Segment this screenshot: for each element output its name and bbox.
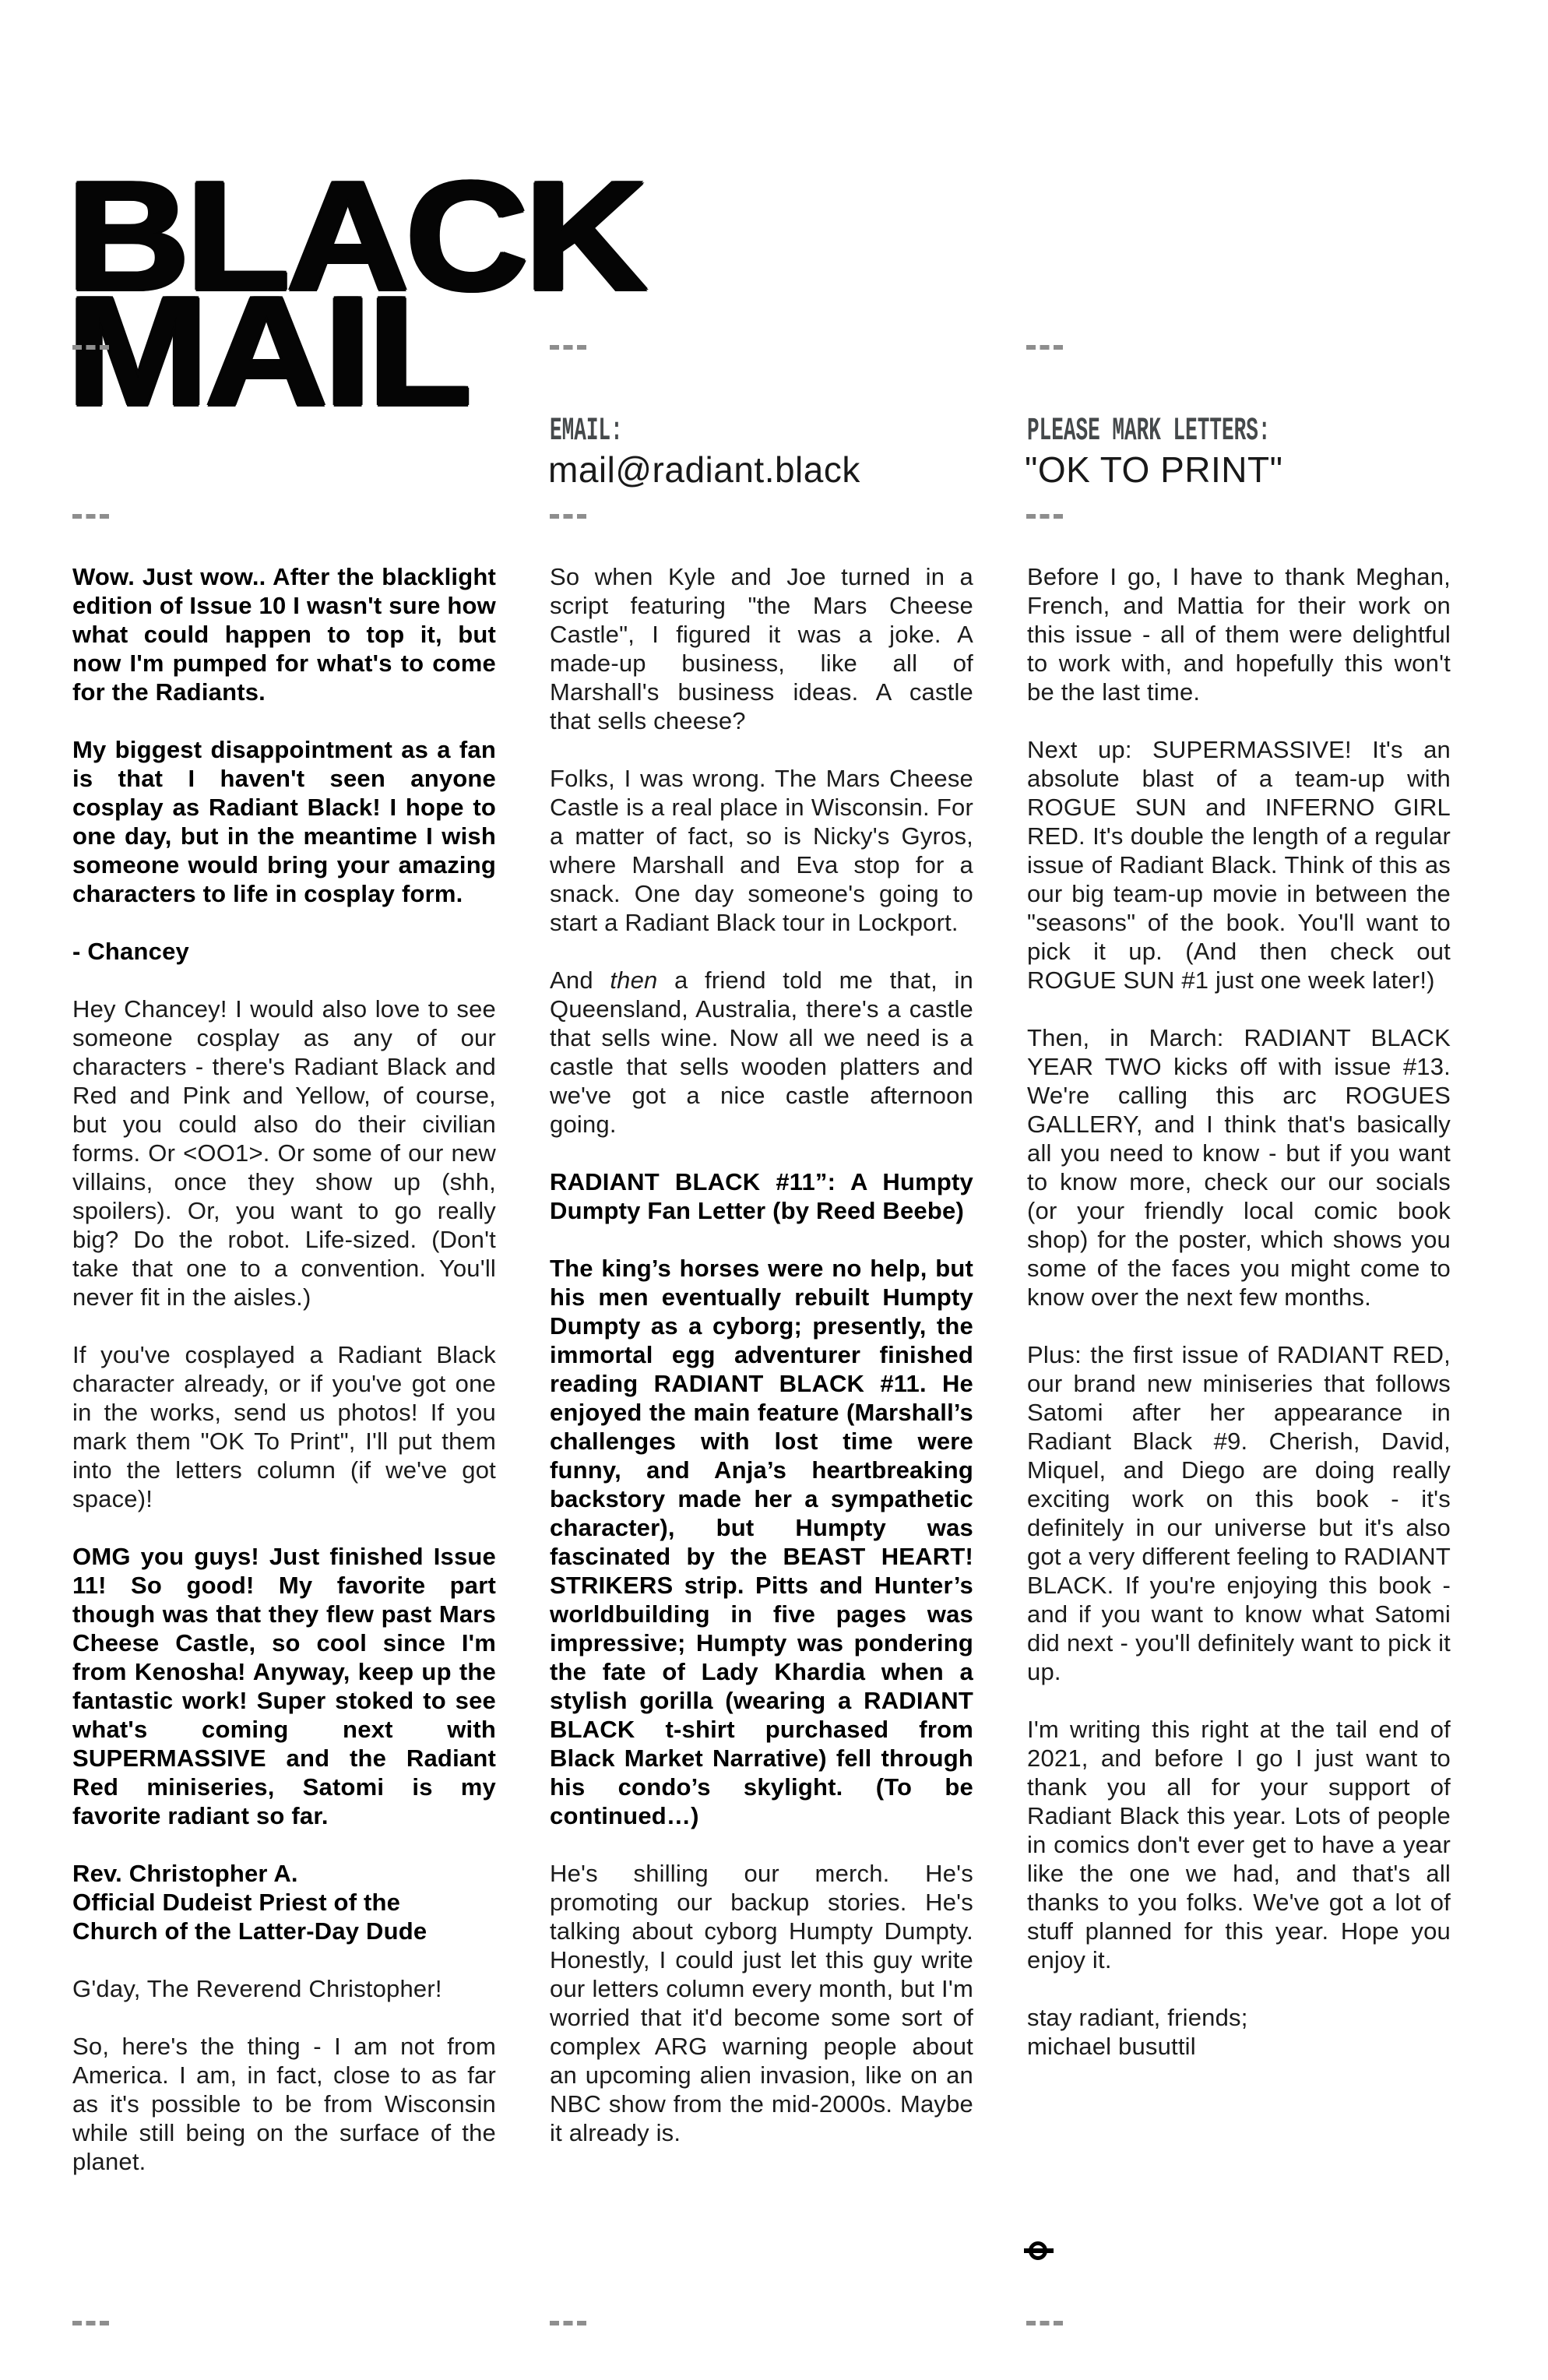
dash-separator [72, 2321, 109, 2325]
mark-letters-label: PLEASE MARK LETTERS: [1027, 414, 1271, 447]
email-address: mail@radiant.black [548, 449, 860, 491]
letter-paragraph: Then, in March: RADIANT BLACK YEAR TWO k… [1027, 1023, 1451, 1311]
letter-paragraph: Hey Chancey! I would also love to see so… [72, 995, 496, 1311]
letter-paragraph: Rev. Christopher A. Official Dudeist Pri… [72, 1859, 496, 1945]
letter-paragraph: So, here's the thing - I am not from Ame… [72, 2032, 496, 2176]
ok-to-print-note: "OK TO PRINT" [1025, 449, 1282, 491]
letter-paragraph: - Chancey [72, 937, 496, 966]
letter-paragraph: Plus: the first issue of RADIANT RED, ou… [1027, 1340, 1451, 1686]
letter-paragraph: If you've cosplayed a Radiant Black char… [72, 1340, 496, 1513]
dash-separator [1026, 345, 1063, 350]
letter-paragraph: Folks, I was wrong. The Mars Cheese Cast… [550, 764, 973, 937]
letter-paragraph: Wow. Just wow.. After the blacklight edi… [72, 562, 496, 706]
letters-page: BLACK MAIL EMAIL: mail@radiant.black PLE… [0, 0, 1548, 2380]
letter-paragraph: The king’s horses were no help, but his … [550, 1254, 973, 1830]
letter-paragraph: OMG you guys! Just finished Issue 11! So… [72, 1542, 496, 1830]
dash-separator [550, 514, 586, 519]
dash-separator [550, 345, 586, 350]
dash-separator [1026, 2321, 1063, 2325]
radiant-roundel-icon [1024, 2241, 1054, 2260]
letter-column-3: Before I go, I have to thank Meghan, Fre… [1027, 562, 1451, 2090]
dash-separator [1026, 514, 1063, 519]
letter-paragraph: G'day, The Reverend Christopher! [72, 1974, 496, 2003]
dash-separator [72, 514, 109, 519]
letter-paragraph: Next up: SUPERMASSIVE! It's an absolute … [1027, 735, 1451, 995]
page-title: BLACK MAIL [67, 179, 644, 410]
letter-paragraph: I'm writing this right at the tail end o… [1027, 1715, 1451, 1974]
email-label: EMAIL: [550, 414, 623, 447]
letter-column-2: So when Kyle and Joe turned in a script … [550, 562, 973, 2176]
letter-paragraph: So when Kyle and Joe turned in a script … [550, 562, 973, 735]
letter-paragraph: stay radiant, friends; michael busuttil [1027, 2003, 1451, 2061]
letter-paragraph: And then a friend told me that, in Queen… [550, 966, 973, 1139]
dash-separator [72, 345, 109, 350]
letter-column-1: Wow. Just wow.. After the blacklight edi… [72, 562, 496, 2205]
dash-separator [550, 2321, 586, 2325]
letter-paragraph: RADIANT BLACK #11”: A Humpty Dumpty Fan … [550, 1167, 973, 1225]
letter-paragraph: He's shilling our merch. He's promoting … [550, 1859, 973, 2147]
letter-paragraph: My biggest disappointment as a fan is th… [72, 735, 496, 908]
letter-paragraph: Before I go, I have to thank Meghan, Fre… [1027, 562, 1451, 706]
